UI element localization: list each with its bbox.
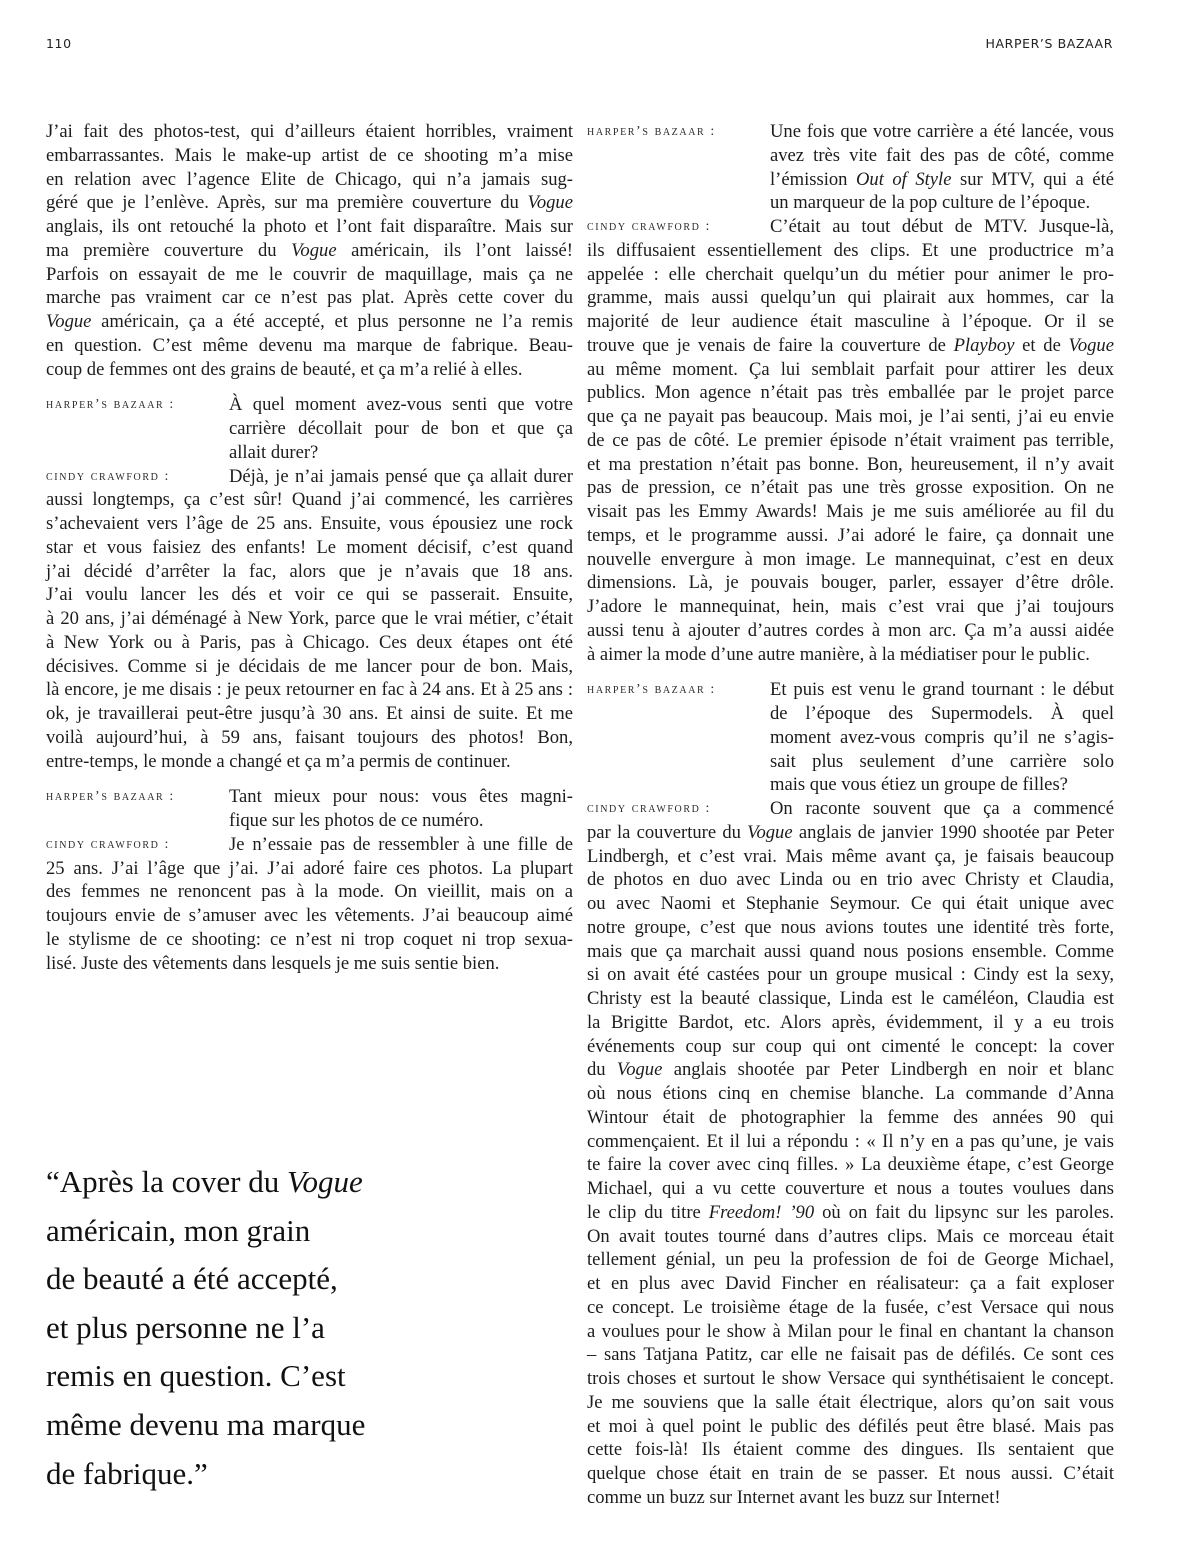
text-line: et ma prestation n’était pas bonne. Bon,… — [587, 453, 1114, 477]
text-line: aussi tenu à ajouter d’autres cordes à m… — [587, 619, 1114, 643]
question-mtv: harper’s bazaar : Une fois que votre car… — [587, 120, 1114, 215]
text-line: ce concept. Le troisième étage de la fus… — [587, 1296, 1114, 1320]
text-line: majorité de leur audience était masculin… — [587, 310, 1114, 334]
text-line: visait pas les Emmy Awards! Mais je me s… — [587, 500, 1114, 524]
speaker-label-interviewee: cindy crawford : — [587, 797, 711, 821]
speaker-label-interviewer: harper’s bazaar : — [587, 120, 716, 144]
text-line: de l’époque des Supermodels. À quel — [587, 702, 1114, 726]
text-line: nouvelle envergure à mon image. Le manne… — [587, 548, 1114, 572]
text-line: et moi à quel point le public des défilé… — [587, 1415, 1114, 1439]
speaker-label-interviewer: harper’s bazaar : — [46, 785, 175, 809]
magazine-name: HARPER’S BAZAAR — [986, 36, 1113, 51]
text-line: mais que ça marchait aussi quand nous po… — [587, 940, 1114, 964]
text-line: du Vogue anglais shootée par Peter Lindb… — [587, 1058, 1114, 1082]
text-line: commençaient. Et il lui a répondu : « Il… — [587, 1130, 1114, 1154]
speaker-label-interviewer: harper’s bazaar : — [46, 393, 175, 417]
text-line: au même moment. Ça lui semblait parfait … — [587, 358, 1114, 382]
text-line: Vogue américain, ça a été accepté, et pl… — [46, 310, 573, 334]
text-line: 25 ans. J’ai l’âge que j’ai. J’ai adoré … — [46, 857, 573, 881]
text-line: avez très vite fait des pas de côté, com… — [587, 144, 1114, 168]
text-line: des femmes ne renoncent pas à la mode. O… — [46, 880, 573, 904]
speaker-label-interviewer: harper’s bazaar : — [587, 678, 716, 702]
text-line: à aimer la mode d’une autre manière, à l… — [587, 643, 1114, 667]
pull-quote-line: et plus personne ne l’a — [46, 1304, 446, 1353]
text-line: Lindbergh, et c’est vrai. Mais même avan… — [587, 845, 1114, 869]
text-line: aussi longtemps, ça c’est sûr! Quand j’a… — [46, 488, 573, 512]
speaker-label-interviewee: cindy crawford : — [46, 833, 170, 857]
text-line: J’adore le mannequinat, hein, mais c’est… — [587, 595, 1114, 619]
question-photos-compliment: harper’s bazaar : Tant mieux pour nous: … — [46, 785, 573, 833]
pull-quote-line: de fabrique.” — [46, 1450, 446, 1499]
text-line: Parfois on essayait de me le couvrir de … — [46, 263, 573, 287]
pull-quote-line: américain, mon grain — [46, 1207, 446, 1256]
text-line: de photos en duo avec Linda ou en trio a… — [587, 868, 1114, 892]
text-line: ils diffusaient essentiellement des clip… — [587, 239, 1114, 263]
text-line: appelée : elle cherchait quelqu’un du mé… — [587, 263, 1114, 287]
text-line: s’achevaient vers l’âge de 25 ans. Ensui… — [46, 512, 573, 536]
text-line: trouve que je venais de faire la couvert… — [587, 334, 1114, 358]
text-line: star et vous faisiez des enfants! Le mom… — [46, 536, 573, 560]
text-line: te faire la cover avec cinq filles. » La… — [587, 1153, 1114, 1177]
text-line: Wintour était de photographier la femme … — [587, 1106, 1114, 1130]
answer-photos-compliment: cindy crawford : Je n’essaie pas de ress… — [46, 833, 573, 976]
text-line: ma première couverture du Vogue américai… — [46, 239, 573, 263]
text-line: en relation avec l’agence Elite de Chica… — [46, 168, 573, 192]
text-line: quelque chose était en train de se passe… — [587, 1462, 1114, 1486]
text-line: lisé. Juste des vêtements dans lesquels … — [46, 952, 573, 976]
text-line: si on avait été castées pour un groupe m… — [587, 963, 1114, 987]
text-line: tellement génial, un peu la profession d… — [587, 1248, 1114, 1272]
text-line: ok, je travaillerai peut-être jusqu’à 30… — [46, 702, 573, 726]
text-line: embarrassantes. Mais le make-up artist d… — [46, 144, 573, 168]
right-column: harper’s bazaar : Une fois que votre car… — [587, 120, 1114, 1510]
text-line: ou avec Naomi et Stephanie Seymour. Ce q… — [587, 892, 1114, 916]
speaker-label-interviewee: cindy crawford : — [587, 215, 711, 239]
text-line: le clip du titre Freedom! ’90 où on fait… — [587, 1201, 1114, 1225]
intro-paragraph: J’ai fait des photos-test, qui d’ailleur… — [46, 120, 573, 381]
text-line: à New York ou à Paris, pas à Chicago. Ce… — [46, 631, 573, 655]
text-line: carrière décollait pour de bon et que ça — [46, 417, 573, 441]
text-line: J’ai voulu lancer les dés et voir ce qui… — [46, 583, 573, 607]
text-line: en question. C’est même devenu ma marque… — [46, 334, 573, 358]
answer-career-takeoff: cindy crawford : Déjà, je n’ai jamais pe… — [46, 465, 573, 774]
text-line: où nous étions cinq en chemise blanche. … — [587, 1082, 1114, 1106]
text-line: et en plus avec David Fincher en réalisa… — [587, 1272, 1114, 1296]
text-line: pas de pression, ce n’était pas une très… — [587, 476, 1114, 500]
answer-supermodels: cindy crawford : On raconte souvent que … — [587, 797, 1114, 1510]
pull-quote: “Après la cover du Vogueaméricain, mon g… — [46, 1158, 446, 1498]
text-line: cette fois-là! Ils étaient comme des din… — [587, 1438, 1114, 1462]
text-line: l’émission Out of Style sur MTV, qui a é… — [587, 168, 1114, 192]
text-line: J’ai fait des photos-test, qui d’ailleur… — [46, 120, 573, 144]
text-line: de ce pas de côté. Le premier épisode n’… — [587, 429, 1114, 453]
text-line: là encore, je me disais : je peux retour… — [46, 678, 573, 702]
text-line: gramme, mais aussi quelqu’un qui plairai… — [587, 286, 1114, 310]
text-line: toujours envie de s’amuser avec les vête… — [46, 904, 573, 928]
text-line: le stylisme de ce shooting: ce n’est ni … — [46, 928, 573, 952]
text-line: On avait toutes tourné dans d’autres cli… — [587, 1225, 1114, 1249]
text-line: dimensions. Là, je pouvais bouger, parle… — [587, 571, 1114, 595]
text-line: coup de femmes ont des grains de beauté,… — [46, 358, 573, 382]
text-line: voilà aujourd’hui, à 59 ans, faisant tou… — [46, 726, 573, 750]
text-line: événements coup sur coup qui ont cimenté… — [587, 1035, 1114, 1059]
left-column: J’ai fait des photos-test, qui d’ailleur… — [46, 120, 573, 975]
text-line: anglais, ils ont retouché la photo et l’… — [46, 215, 573, 239]
answer-mtv: cindy crawford : C’était au tout début d… — [587, 215, 1114, 666]
text-line: décisives. Comme si je décidais de me la… — [46, 655, 573, 679]
text-line: mais que vous étiez un groupe de filles? — [587, 773, 1114, 797]
text-line: a voulues pour le show à Milan pour le f… — [587, 1320, 1114, 1344]
text-line: trois choses et surtout le show Versace … — [587, 1367, 1114, 1391]
text-line: comme un buzz sur Internet avant les buz… — [587, 1486, 1114, 1510]
pull-quote-line: de beauté a été accepté, — [46, 1255, 446, 1304]
text-line: entre-temps, le monde a changé et ça m’a… — [46, 750, 573, 774]
text-line: un marqueur de la pop culture de l’époqu… — [587, 191, 1114, 215]
text-line: fique sur les photos de ce numéro. — [46, 809, 573, 833]
text-line: Michael, qui a vu cette couverture et no… — [587, 1177, 1114, 1201]
text-line: j’ai décidé d’arrêter la fac, alors que … — [46, 560, 573, 584]
text-line: la Brigitte Bardot, etc. Alors après, év… — [587, 1011, 1114, 1035]
speaker-label-interviewee: cindy crawford : — [46, 465, 170, 489]
pull-quote-line: remis en question. C’est — [46, 1352, 446, 1401]
question-career-takeoff: harper’s bazaar : À quel moment avez-vou… — [46, 393, 573, 464]
text-line: que ça ne payait pas beaucoup. Mais moi,… — [587, 405, 1114, 429]
text-line: allait durer? — [46, 441, 573, 465]
text-line: notre groupe, c’est que nous avions tout… — [587, 916, 1114, 940]
question-supermodels: harper’s bazaar : Et puis est venu le gr… — [587, 678, 1114, 797]
page-number: 110 — [46, 36, 72, 51]
text-line: moment avez-vous compris qu’il ne s’agis… — [587, 726, 1114, 750]
pull-quote-line: “Après la cover du Vogue — [46, 1158, 446, 1207]
text-line: géré que je l’enlève. Après, sur ma prem… — [46, 191, 573, 215]
text-line: sait plus seulement d’une carrière solo — [587, 750, 1114, 774]
text-line: temps, et le programme aussi. J’ai adoré… — [587, 524, 1114, 548]
text-line: – sans Tatjana Patitz, car elle ne faisa… — [587, 1343, 1114, 1367]
text-line: Je me souviens que la salle était électr… — [587, 1391, 1114, 1415]
pull-quote-line: même devenu ma marque — [46, 1401, 446, 1450]
text-line: Christy est la beauté classique, Linda e… — [587, 987, 1114, 1011]
text-line: marche pas vraiment car ce n’est pas pla… — [46, 286, 573, 310]
text-line: publics. Mon agence n’était pas très emb… — [587, 381, 1114, 405]
text-line: par la couverture du Vogue anglais de ja… — [587, 821, 1114, 845]
text-line: à 20 ans, j’ai déménagé à New York, parc… — [46, 607, 573, 631]
